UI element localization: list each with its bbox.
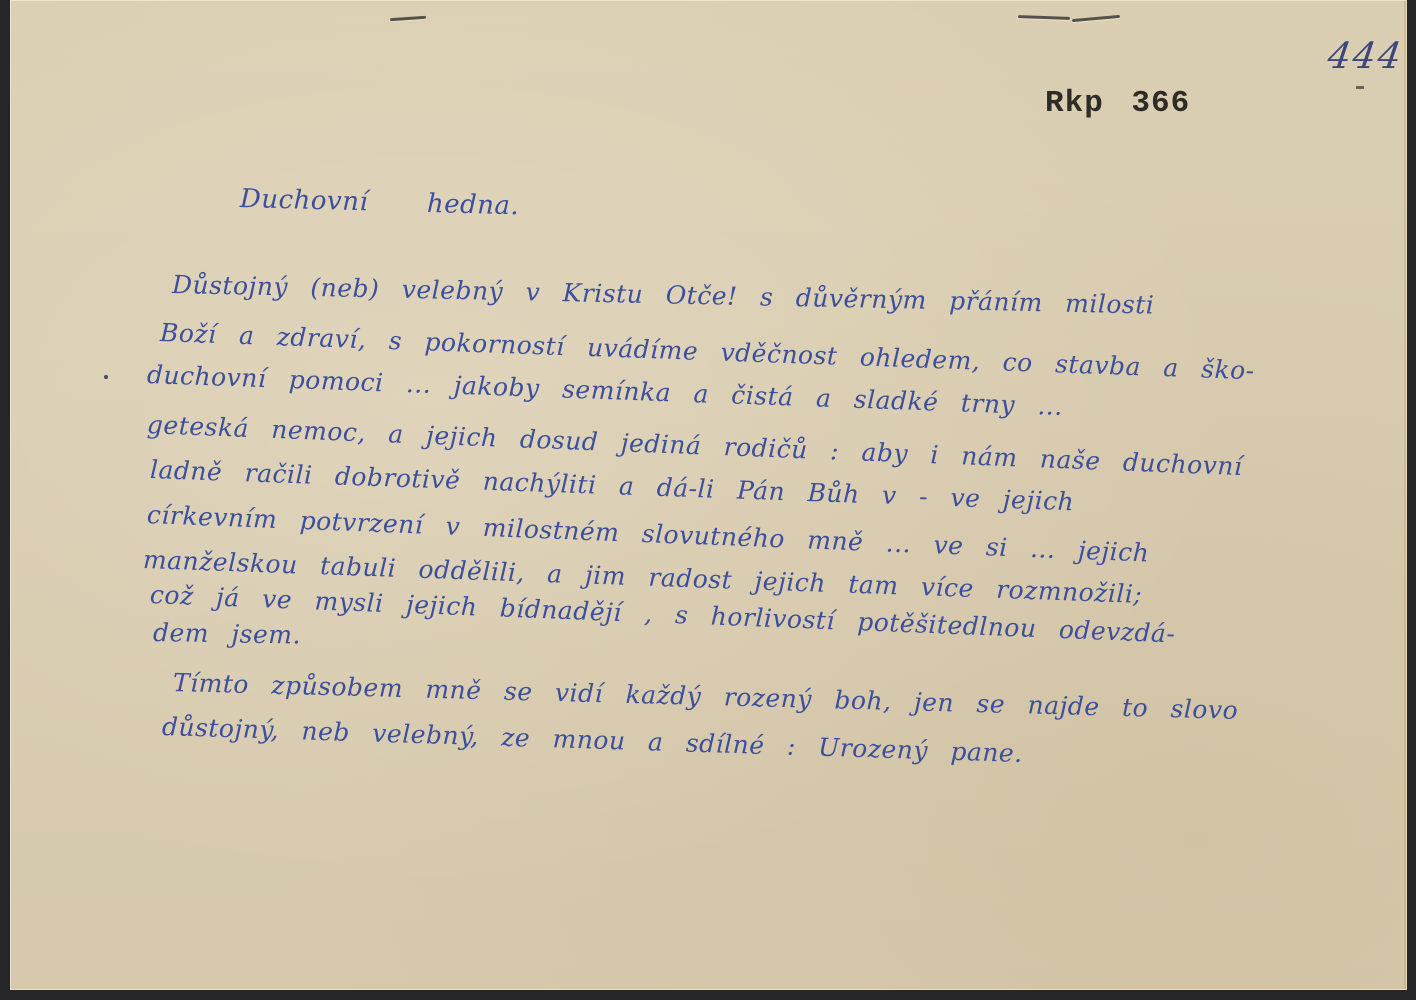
staple-left [390, 16, 426, 22]
scanned-manuscript: Rkp 366 444 Duchovní hedna. Důstojný (ne… [0, 0, 1416, 1000]
manuscript-line: dem jsem. [153, 618, 301, 650]
folio-mark [1356, 86, 1364, 89]
manuscript-closing-line: důstojný, neb velebný, ze mnou a sdílné … [162, 712, 1024, 768]
manuscript-closing-line: Tímto způsobem mně se vidí každý rozený … [173, 668, 1239, 725]
manuscript-line: Důstojný (neb) velebný v Kristu Otče! s … [172, 270, 1155, 320]
paper-sheet: Rkp 366 444 Duchovní hedna. Důstojný (ne… [10, 0, 1407, 990]
staple-right-right-half [1072, 15, 1120, 22]
archive-stamp: Rkp 366 [1045, 86, 1190, 121]
margin-dot [104, 375, 108, 379]
folio-number: 444 [1325, 36, 1405, 77]
manuscript-heading: Duchovní hedna. [240, 184, 520, 221]
staple-right-left-half [1018, 15, 1070, 20]
